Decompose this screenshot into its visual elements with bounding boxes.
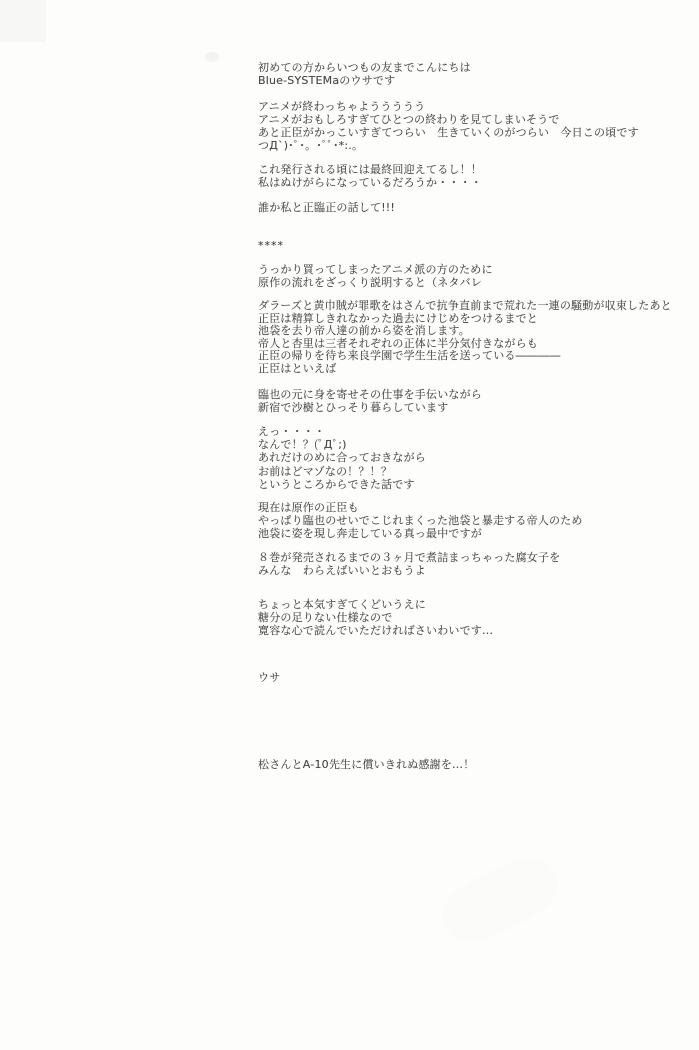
text-line: うっかり買ってしまったアニメ派の方のために (258, 263, 493, 276)
text-line: Blue-SYSTEMaのウサです (258, 74, 471, 87)
text-line: アニメが終わっちゃよううううう (258, 100, 639, 113)
paragraph-apology: ちょっと本気すぎてくどいうえに 糖分の足りない仕様なので 寛容な心で読んでいただ… (258, 598, 493, 637)
text-line: みんな わらえばいいとおもうよ (258, 564, 560, 577)
section-separator: **** (258, 239, 284, 252)
text-line: これ発行される頃には最終回迎えてるし！！ (258, 163, 482, 176)
paragraph-plot-summary: ダラーズと黄巾賊が罪歌をはさんで抗争直前まで荒れた一連の騒動が収束したあと 正臣… (258, 300, 672, 376)
text-line: 現在は原作の正臣も (258, 501, 583, 514)
text-line: アニメがおもしろすぎてひとつの終わりを見てしまいそうで (258, 113, 639, 126)
text-line: ウサ (258, 671, 280, 684)
scanned-page: 初めての方からいつもの友までこんにちは Blue-SYSTEMaのウサです アニ… (0, 0, 699, 1050)
paragraph-explanation-intro: うっかり買ってしまったアニメ派の方のために 原作の流れをざっくり説明すると（ネタ… (258, 263, 493, 289)
separator-asterisks: **** (258, 239, 284, 252)
text-line: あと正臣がかっこいすぎてつらい 生きていくのがつらい 今日この頃です (258, 126, 639, 139)
text-line: というところからできた話です (258, 478, 426, 491)
text-line: 糖分の足りない仕様なので (258, 611, 493, 624)
scan-smudge-lower (433, 847, 567, 952)
scan-smudge-top-left (0, 0, 46, 42)
paragraph-final-episode: これ発行される頃には最終回迎えてるし！！ 私はぬけがらになっているだろうか・・・… (258, 163, 482, 189)
text-line: 原作の流れをざっくり説明すると（ネタバレ (258, 276, 493, 289)
kaomoji-line: つД`)･ﾟ･。･ﾟﾟ･*:.。 (258, 139, 639, 152)
paragraph-masaomi-now: 臨也の元に身を寄せその仕事を手伝いながら 新宿で沙樹とひっそり暮らしています (258, 388, 482, 414)
text-line: あれだけのめに合っておきながら (258, 451, 426, 464)
text-line: 池袋を去り帝人達の前から姿を消します。 (258, 325, 672, 338)
paragraph-greeting: 初めての方からいつもの友までこんにちは Blue-SYSTEMaのウサです (258, 61, 471, 87)
scan-smudge-dot (205, 52, 219, 62)
paragraph-thanks: 松さんとA-10先生に償いきれぬ感謝を…！ (258, 758, 474, 771)
text-line: 誰か私と正臨正の話して!!! (258, 201, 395, 214)
text-line: お前はどマゾなの！？！？ (258, 465, 426, 478)
text-line: 寛容な心で読んでいただければさいわいです… (258, 624, 493, 637)
text-line: やっぱり臨也のせいでこじれまくった池袋と暴走する帝人のため (258, 514, 583, 527)
paragraph-fujoshi-note: ８巻が発売されるまでの３ヶ月で煮詰まっちゃった腐女子を みんな わらえばいいとお… (258, 551, 560, 577)
author-signature: ウサ (258, 671, 280, 684)
paragraph-reaction: えっ・・・・ なんで！？(ﾟДﾟ;) あれだけのめに合っておきながら お前はどマ… (258, 425, 426, 491)
text-line: 初めての方からいつもの友までこんにちは (258, 61, 471, 74)
text-line: ダラーズと黄巾賊が罪歌をはさんで抗争直前まで荒れた一連の騒動が収束したあと (258, 300, 672, 313)
text-line: 池袋に姿を現し奔走している真っ最中ですが (258, 527, 583, 540)
text-line: 正臣はといえば (258, 363, 672, 376)
kaomoji-line: なんで！？(ﾟДﾟ;) (258, 438, 426, 451)
text-line: えっ・・・・ (258, 425, 426, 438)
paragraph-current-canon: 現在は原作の正臣も やっぱり臨也のせいでこじれまくった池袋と暴走する帝人のため … (258, 501, 583, 540)
text-line: 松さんとA-10先生に償いきれぬ感謝を…！ (258, 758, 474, 771)
text-line: 臨也の元に身を寄せその仕事を手伝いながら (258, 388, 482, 401)
text-line: ８巻が発売されるまでの３ヶ月で煮詰まっちゃった腐女子を (258, 551, 560, 564)
text-line: 新宿で沙樹とひっそり暮らしています (258, 401, 482, 414)
text-line: 私はぬけがらになっているだろうか・・・・ (258, 176, 482, 189)
text-line: ちょっと本気すぎてくどいうえに (258, 598, 493, 611)
paragraph-plea: 誰か私と正臨正の話して!!! (258, 201, 395, 214)
paragraph-anime-feelings: アニメが終わっちゃよううううう アニメがおもしろすぎてひとつの終わりを見てしまい… (258, 100, 639, 152)
